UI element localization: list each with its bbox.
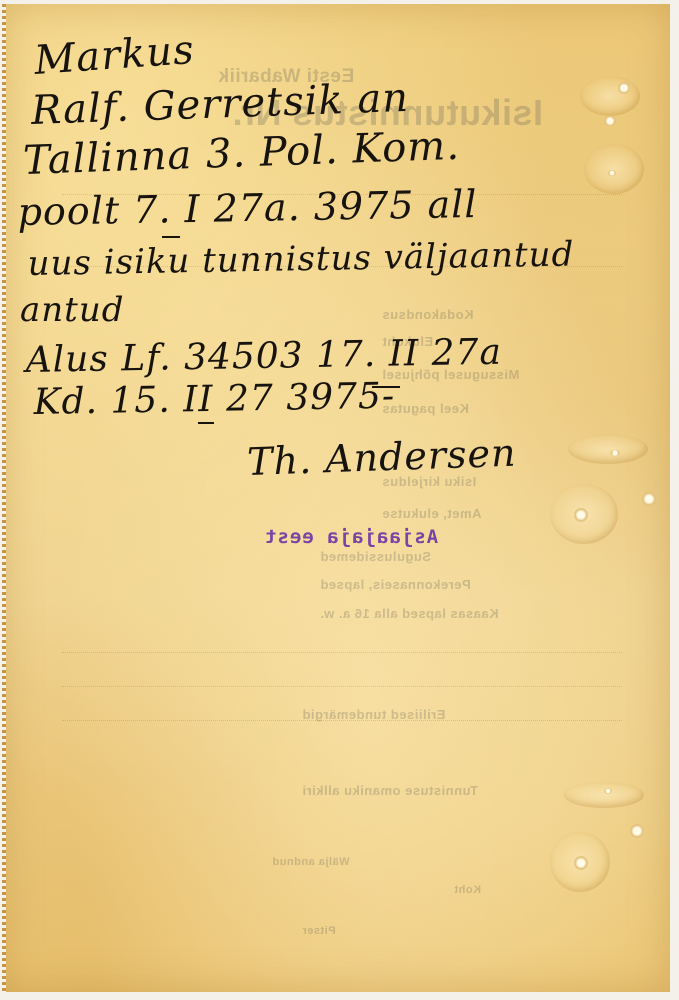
- printed-field: Kaasas lapsed alla 16 a. w.: [320, 606, 499, 621]
- printed-field: Perekonnaseis, lapsed: [320, 577, 471, 592]
- handwritten-line: uus isiku tunnistus väljaantud: [27, 234, 574, 284]
- printed-field: Koht: [454, 884, 481, 896]
- punch-hole: [604, 788, 612, 794]
- printed-field: Sugulussidemed: [320, 549, 431, 564]
- printed-field: Tunnistuse omaniku allkiri: [302, 783, 478, 798]
- paper-dent: [584, 144, 644, 194]
- punch-hole: [574, 856, 588, 870]
- punch-hole: [610, 450, 620, 456]
- paper-dent: [564, 782, 644, 808]
- rubber-stamp: Asjaajaja eest: [264, 526, 438, 548]
- paper-dent: [580, 76, 640, 116]
- printed-field: Kodakondsus: [382, 307, 473, 322]
- punch-hole: [604, 116, 616, 126]
- form-rule: [62, 686, 622, 687]
- perforated-edge: [2, 4, 6, 992]
- handwritten-line: Alus Lf. 34503 17. II 27a: [25, 332, 502, 381]
- punch-hole: [618, 82, 630, 94]
- underline-mark: [198, 422, 214, 424]
- signature: Th. Andersen: [246, 431, 517, 484]
- handwritten-line: Kd. 15. II 27 3975-: [33, 376, 395, 423]
- printed-field: Pitser: [302, 925, 336, 937]
- form-rule: [62, 720, 622, 721]
- punch-hole: [608, 170, 616, 176]
- document-page: Eesti Wabariik Isikutunnistus Nr. Kodako…: [2, 4, 670, 992]
- printed-field: Amet, elukutse: [382, 506, 481, 521]
- handwritten-line: antud: [20, 290, 125, 330]
- punch-hole: [642, 492, 656, 506]
- handwritten-line: poolt 7. I 27a. 3975 all: [17, 182, 478, 234]
- punch-hole: [630, 824, 644, 838]
- punch-hole: [574, 508, 588, 522]
- handwritten-line: Markus: [33, 27, 196, 84]
- printed-field: Wälja andnud: [272, 856, 350, 868]
- paper-dent: [568, 434, 648, 464]
- form-rule: [62, 652, 622, 653]
- underline-mark: [162, 236, 180, 238]
